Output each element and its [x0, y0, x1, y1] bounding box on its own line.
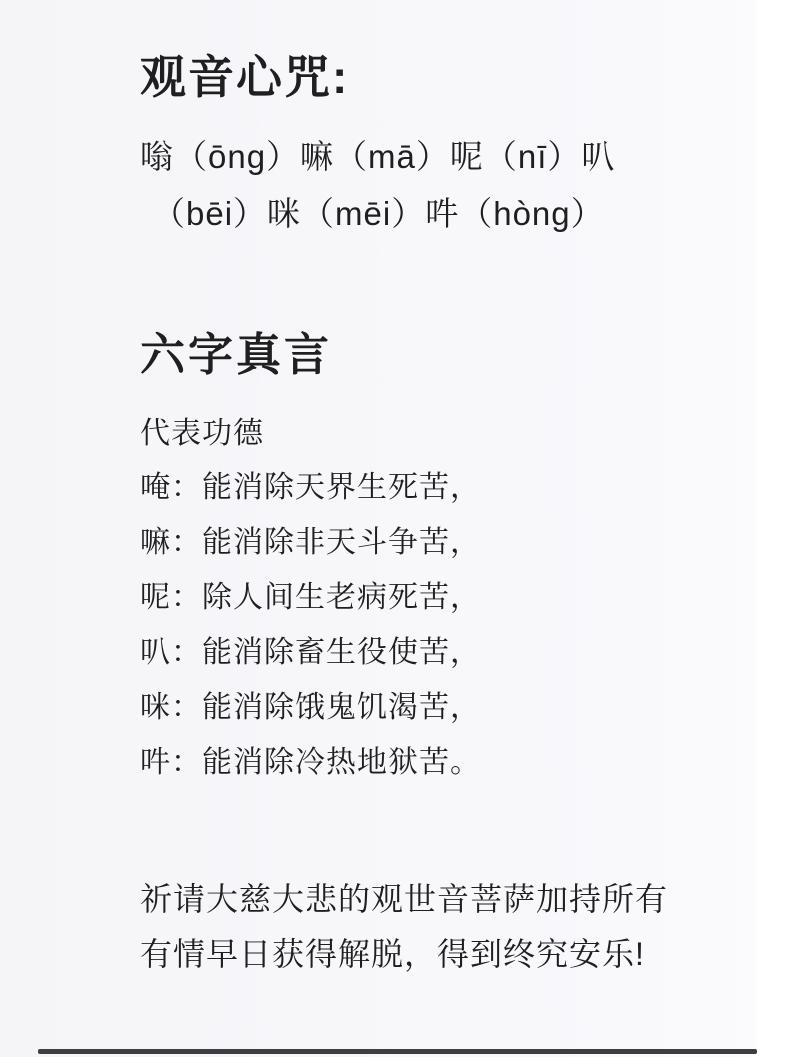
closing-prayer-line-2: 有情早日获得解脱，得到终究安乐! [140, 927, 668, 982]
syllable-meaning: 除人间生老病死苦， [202, 572, 481, 616]
closing-prayer-line-1: 祈请大慈大悲的观世音菩萨加持所有 [140, 872, 668, 927]
syllable-label: 叭： [140, 627, 202, 671]
closing-prayer: 祈请大慈大悲的观世音菩萨加持所有 有情早日获得解脱，得到终究安乐! [140, 872, 668, 982]
syllable-label: 呢： [140, 572, 202, 616]
syllable-meaning: 能消除非天斗争苦， [202, 517, 481, 561]
syllable-label: 吽： [140, 737, 202, 781]
bottom-edge-bar [38, 1049, 757, 1054]
list-item: 咪： 能消除饿鬼饥渴苦， [140, 682, 481, 737]
list-item: 吽： 能消除冷热地狱苦。 [140, 737, 481, 792]
list-item: 嘛： 能消除非天斗争苦， [140, 517, 481, 572]
syllable-meaning: 能消除天界生死苦， [202, 462, 481, 506]
list-item: 叭： 能消除畜生役使苦， [140, 627, 481, 682]
mantra-pinyin-line-2: （bēi）咪（mēi）吽（hòng） [140, 185, 615, 242]
list-item: 唵： 能消除天界生死苦， [140, 462, 481, 517]
syllable-label: 咪： [140, 682, 202, 726]
syllable-meaning: 能消除冷热地狱苦。 [202, 737, 481, 781]
page-title: 观音心咒: [140, 50, 349, 105]
syllable-meaning: 能消除饿鬼饥渴苦， [202, 682, 481, 726]
section-subheading-merits: 代表功德 [140, 408, 264, 452]
syllable-meaning: 能消除畜生役使苦， [202, 627, 481, 671]
section-heading-six-syllables: 六字真言 [140, 328, 332, 382]
mantra-pinyin-line-1: 嗡（ōng）嘛（mā）呢（nī）叭 [140, 128, 615, 185]
syllable-label: 唵： [140, 462, 202, 506]
mantra-pinyin: 嗡（ōng）嘛（mā）呢（nī）叭 （bēi）咪（mēi）吽（hòng） [140, 128, 615, 242]
syllable-meaning-list: 唵： 能消除天界生死苦， 嘛： 能消除非天斗争苦， 呢： 除人间生老病死苦， 叭… [140, 462, 481, 792]
list-item: 呢： 除人间生老病死苦， [140, 572, 481, 627]
mantra-page: 观音心咒: 嗡（ōng）嘛（mā）呢（nī）叭 （bēi）咪（mēi）吽（hòn… [0, 0, 800, 1057]
syllable-label: 嘛： [140, 517, 202, 561]
